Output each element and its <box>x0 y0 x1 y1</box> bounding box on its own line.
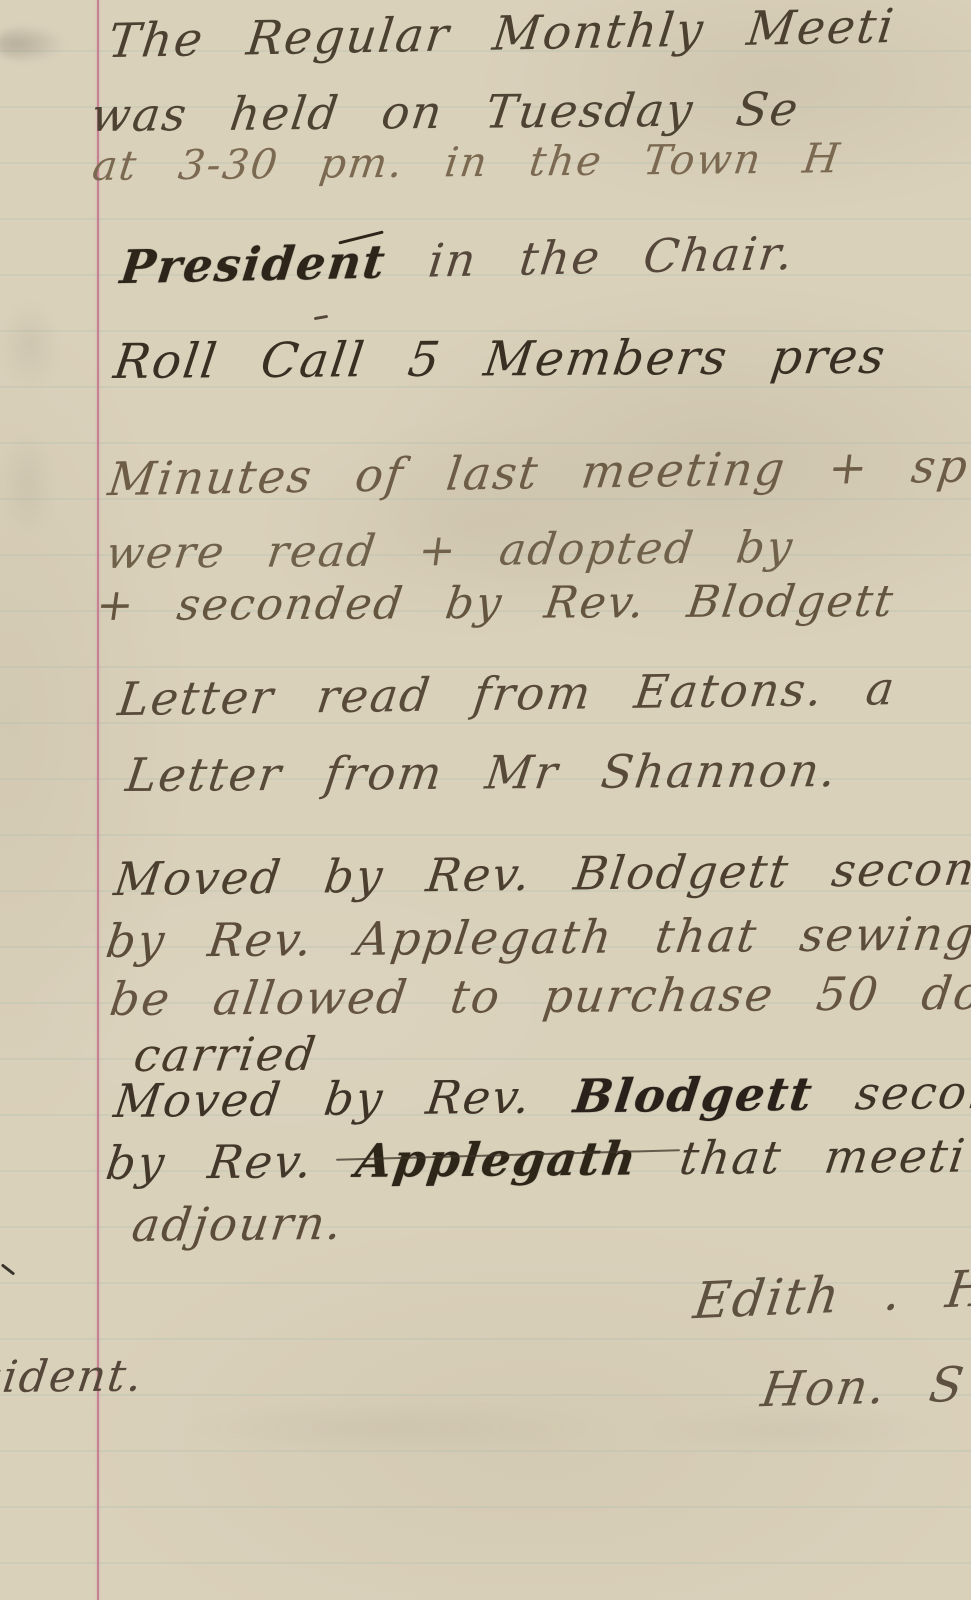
handwritten-line: were read + adopted by <box>103 522 797 579</box>
handwritten-line: Letter read from Eatons. a <box>115 661 899 726</box>
ink-bleedthrough <box>0 430 55 540</box>
handwritten-line: Moved by Rev. Blodgett second <box>111 1064 971 1128</box>
handwritten-line: adjourn. <box>129 1196 347 1252</box>
retraced-word: President <box>118 234 390 294</box>
ink-bleedthrough <box>0 300 60 390</box>
notebook-page: The Regular Monthly Meeti was held on Tu… <box>0 0 971 1600</box>
signature: Edith . Hu <box>690 1258 971 1331</box>
retraced-word: Applegath <box>353 1131 642 1188</box>
handwritten-line: Letter from Mr Shannon. <box>123 743 841 802</box>
handwritten-line: President in the Chair. <box>118 226 798 294</box>
handwritten-line: Roll Call 5 Members pres <box>111 329 890 390</box>
handwritten-line: was held on Tuesday Se <box>88 82 803 142</box>
handwritten-line: The Regular Monthly Meeti <box>105 0 898 69</box>
handwritten-line: at 3-30 pm. in the Town H <box>90 134 844 190</box>
line-text: by Rev. <box>103 1134 317 1190</box>
line-text: in the Chair. <box>426 226 798 288</box>
corner-smudge <box>0 24 66 64</box>
line-text: that meeti <box>677 1128 970 1185</box>
handwritten-line: be allowed to purchase 50 doze <box>107 966 971 1027</box>
ink-stroke <box>1 1263 15 1275</box>
ink-bleedthrough <box>180 1400 600 1455</box>
ink-stroke <box>314 315 328 320</box>
handwritten-line: by Rev. Applegath that sewing b <box>103 906 971 968</box>
line-text: second <box>852 1064 971 1120</box>
handwritten-line: + seconded by Rev. Blodgett <box>93 576 898 631</box>
retraced-word: Blodgett <box>571 1067 817 1124</box>
line-text: Moved by Rev. <box>111 1070 535 1128</box>
handwritten-line: by Rev. Applegath that meeti <box>103 1128 970 1190</box>
handwritten-line: Moved by Rev. Blodgett seconde <box>111 841 971 906</box>
handwritten-line: Minutes of last meeting + sp <box>105 438 971 506</box>
signature-role-fragment: Hon. S <box>758 1357 969 1419</box>
signature-title-fragment: sident. <box>0 1351 147 1403</box>
